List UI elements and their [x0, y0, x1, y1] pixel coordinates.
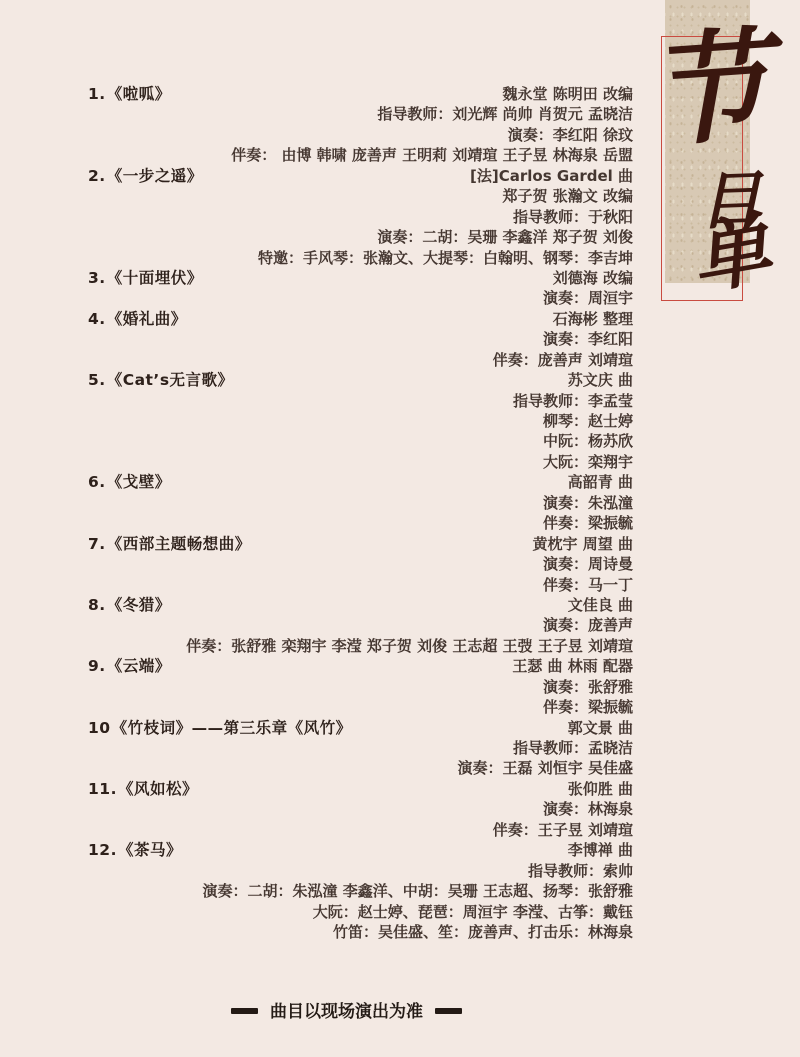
program-item-title: 11.《风如松》: [88, 779, 198, 799]
program-row: 1.《啦呱》魏永堂 陈明田 改编: [60, 84, 633, 104]
program-line-text: 特邀：手风琴：张瀚文、大提琴：白翰明、钢琴：李吉坤: [258, 249, 633, 267]
footer-note: 曲目以现场演出为准: [60, 1002, 633, 1022]
program-item-number: 11.: [88, 780, 117, 798]
program-item-title: 10《竹枝词》——第三乐章《风竹》: [88, 718, 352, 738]
program-item-number: 7.: [88, 535, 106, 553]
program-item-name: 《云端》: [107, 657, 171, 675]
program-item-number: 10: [88, 719, 111, 737]
program-item-number: 1.: [88, 85, 106, 103]
program-row: 演奏：李红阳: [60, 329, 633, 349]
program-row: 伴奏：张舒雅 栾翔宇 李滢 郑子贺 刘俊 王志超 王弢 王子昱 刘靖瑄: [60, 636, 633, 656]
program-line-text: 演奏：林海泉: [543, 800, 633, 818]
program-row: 7.《西部主题畅想曲》黄枕宇 周望 曲: [60, 534, 633, 554]
program-line-text: 刘德海 改编: [553, 269, 633, 287]
calligraphy-char-dan: 单: [686, 210, 776, 300]
program-row: 伴奏： 由博 韩啸 庞善声 王明莉 刘靖瑄 王子昱 林海泉 岳盟: [60, 145, 633, 165]
program-item-title: 7.《西部主题畅想曲》: [88, 534, 251, 554]
program-line-text: 演奏：王磊 刘恒宇 吴佳盛: [458, 759, 633, 777]
program-item-title: 9.《云端》: [88, 656, 171, 676]
program-row: 10《竹枝词》——第三乐章《风竹》郭文景 曲: [60, 718, 633, 738]
program-item-name: 《风如松》: [118, 780, 198, 798]
program-item-name: 《十面埋伏》: [107, 269, 203, 287]
program-line-text: 王瑟 曲 林雨 配器: [512, 657, 633, 675]
program-row: 5.《Cat’s无言歌》苏文庆 曲: [60, 370, 633, 390]
program-line-text: 伴奏：梁振毓: [543, 514, 633, 532]
program-line-text: 演奏：庞善声: [543, 616, 633, 634]
program-row: 演奏：周诗曼: [60, 554, 633, 574]
program-item-name: 《婚礼曲》: [107, 310, 187, 328]
program-line-text: 郭文景 曲: [568, 719, 633, 737]
program-item-number: 2.: [88, 167, 106, 185]
program-row: 演奏：二胡：朱泓潼 李鑫洋、中胡：吴珊 王志超、扬琴：张舒雅: [60, 881, 633, 901]
program-row: 指导教师：孟晓洁: [60, 738, 633, 758]
program-line-text: 文佳良 曲: [568, 596, 633, 614]
program-row: 演奏：周洹宇: [60, 288, 633, 308]
program-item-title: 4.《婚礼曲》: [88, 309, 187, 329]
program-line-text: 郑子贺 张瀚文 改编: [503, 187, 633, 205]
program-row: 指导教师：刘光辉 尚帅 肖贺元 孟晓洁: [60, 104, 633, 124]
program-row: 演奏：林海泉: [60, 799, 633, 819]
program-line-text: [法]Carlos Gardel 曲: [470, 167, 633, 185]
program-item-name: 《西部主题畅想曲》: [107, 535, 251, 553]
program-item-title: 5.《Cat’s无言歌》: [88, 370, 234, 390]
program-item-name: 《啦呱》: [107, 85, 171, 103]
program-item-number: 8.: [88, 596, 106, 614]
program-item-name: 《一步之遥》: [107, 167, 203, 185]
program-line-text: 指导教师：索帅: [528, 862, 633, 880]
program-line-text: 演奏：周洹宇: [543, 289, 633, 307]
program-line-text: 演奏：张舒雅: [543, 678, 633, 696]
program-row: 演奏：庞善声: [60, 615, 633, 635]
program-row: 演奏：二胡：吴珊 李鑫洋 郑子贺 刘俊: [60, 227, 633, 247]
program-row: 伴奏：王子昱 刘靖瑄: [60, 820, 633, 840]
program-row: 4.《婚礼曲》石海彬 整理: [60, 309, 633, 329]
program-line-text: 李博禅 曲: [568, 841, 633, 859]
program-item-title: 2.《一步之遥》: [88, 166, 203, 186]
program-line-text: 指导教师：刘光辉 尚帅 肖贺元 孟晓洁: [377, 105, 633, 123]
footer-dash-left-icon: [231, 1008, 258, 1014]
calligraphy-char-jie: 节: [644, 26, 772, 154]
program-line-text: 演奏：李红阳 徐玟: [508, 126, 633, 144]
program-line-text: 伴奏：张舒雅 栾翔宇 李滢 郑子贺 刘俊 王志超 王弢 王子昱 刘靖瑄: [186, 637, 633, 655]
program-line-text: 指导教师：李孟莹: [513, 392, 633, 410]
program-row: 2.《一步之遥》[法]Carlos Gardel 曲: [60, 166, 633, 186]
program-line-text: 指导教师：于秋阳: [513, 208, 633, 226]
program-item-number: 4.: [88, 310, 106, 328]
program-row: 演奏：李红阳 徐玟: [60, 125, 633, 145]
program-item-title: 12.《茶马》: [88, 840, 182, 860]
program-item-title: 1.《啦呱》: [88, 84, 171, 104]
program-row: 3.《十面埋伏》刘德海 改编: [60, 268, 633, 288]
program-item-name: 《茶马》: [118, 841, 182, 859]
program-row: 中阮：杨苏欣: [60, 431, 633, 451]
program-line-text: 竹笛：吴佳盛、笙：庞善声、打击乐：林海泉: [333, 923, 633, 941]
program-row: 伴奏：马一丁: [60, 575, 633, 595]
program-page: 节 目 单 1.《啦呱》魏永堂 陈明田 改编指导教师：刘光辉 尚帅 肖贺元 孟晓…: [0, 0, 800, 1057]
program-item-title: 3.《十面埋伏》: [88, 268, 203, 288]
program-row: 指导教师：于秋阳: [60, 207, 633, 227]
program-row: 演奏：王磊 刘恒宇 吴佳盛: [60, 758, 633, 778]
program-line-text: 演奏：周诗曼: [543, 555, 633, 573]
program-item-number: 12.: [88, 841, 117, 859]
footer-note-text: 曲目以现场演出为准: [270, 1002, 423, 1022]
program-item-title: 6.《戈壁》: [88, 472, 171, 492]
program-row: 指导教师：索帅: [60, 861, 633, 881]
program-item-number: 9.: [88, 657, 106, 675]
program-row: 大阮：栾翔宇: [60, 452, 633, 472]
program-item-number: 3.: [88, 269, 106, 287]
program-line-text: 演奏：二胡：吴珊 李鑫洋 郑子贺 刘俊: [377, 228, 633, 246]
program-line-text: 伴奏： 由博 韩啸 庞善声 王明莉 刘靖瑄 王子昱 林海泉 岳盟: [231, 146, 633, 164]
program-row: 12.《茶马》李博禅 曲: [60, 840, 633, 860]
footer-dash-right-icon: [435, 1008, 462, 1014]
program-line-text: 苏文庆 曲: [568, 371, 633, 389]
program-row: 大阮：赵士婷、琵琶：周洹宇 李滢、古筝：戴钰: [60, 902, 633, 922]
program-line-text: 黄枕宇 周望 曲: [533, 535, 633, 553]
program-item-name: 《Cat’s无言歌》: [107, 371, 234, 389]
program-line-text: 大阮：赵士婷、琵琶：周洹宇 李滢、古筝：戴钰: [313, 903, 633, 921]
program-line-text: 演奏：二胡：朱泓潼 李鑫洋、中胡：吴珊 王志超、扬琴：张舒雅: [203, 882, 633, 900]
program-row: 9.《云端》王瑟 曲 林雨 配器: [60, 656, 633, 676]
program-line-text: 中阮：杨苏欣: [543, 432, 633, 450]
program-line-text: 魏永堂 陈明田 改编: [503, 85, 633, 103]
program-line-text: 伴奏：庞善声 刘靖瑄: [493, 351, 633, 369]
program-row: 伴奏：庞善声 刘靖瑄: [60, 350, 633, 370]
program-row: 竹笛：吴佳盛、笙：庞善声、打击乐：林海泉: [60, 922, 633, 942]
program-line-text: 指导教师：孟晓洁: [513, 739, 633, 757]
program-line-text: 柳琴：赵士婷: [543, 412, 633, 430]
program-row: 6.《戈壁》高韶青 曲: [60, 472, 633, 492]
program-row: 11.《风如松》张仰胜 曲: [60, 779, 633, 799]
program-line-text: 张仰胜 曲: [568, 780, 633, 798]
program-row: 郑子贺 张瀚文 改编: [60, 186, 633, 206]
program-row: 柳琴：赵士婷: [60, 411, 633, 431]
program-item-number: 5.: [88, 371, 106, 389]
program-item-name: 《冬猎》: [107, 596, 171, 614]
program-row: 8.《冬猎》文佳良 曲: [60, 595, 633, 615]
program-line-text: 石海彬 整理: [553, 310, 633, 328]
program-line-text: 大阮：栾翔宇: [543, 453, 633, 471]
program-item-name: 《竹枝词》——第三乐章《风竹》: [112, 719, 352, 737]
program-line-text: 演奏：朱泓潼: [543, 494, 633, 512]
program-line-text: 演奏：李红阳: [543, 330, 633, 348]
program-row: 伴奏：梁振毓: [60, 697, 633, 717]
program-item-number: 6.: [88, 473, 106, 491]
program-list: 1.《啦呱》魏永堂 陈明田 改编指导教师：刘光辉 尚帅 肖贺元 孟晓洁演奏：李红…: [60, 84, 633, 942]
program-row: 伴奏：梁振毓: [60, 513, 633, 533]
program-item-name: 《戈壁》: [107, 473, 171, 491]
program-row: 演奏：张舒雅: [60, 677, 633, 697]
program-row: 演奏：朱泓潼: [60, 493, 633, 513]
program-line-text: 伴奏：王子昱 刘靖瑄: [493, 821, 633, 839]
program-line-text: 伴奏：马一丁: [543, 576, 633, 594]
program-line-text: 伴奏：梁振毓: [543, 698, 633, 716]
program-line-text: 高韶青 曲: [568, 473, 633, 491]
program-row: 指导教师：李孟莹: [60, 391, 633, 411]
program-item-title: 8.《冬猎》: [88, 595, 171, 615]
program-row: 特邀：手风琴：张瀚文、大提琴：白翰明、钢琴：李吉坤: [60, 248, 633, 268]
